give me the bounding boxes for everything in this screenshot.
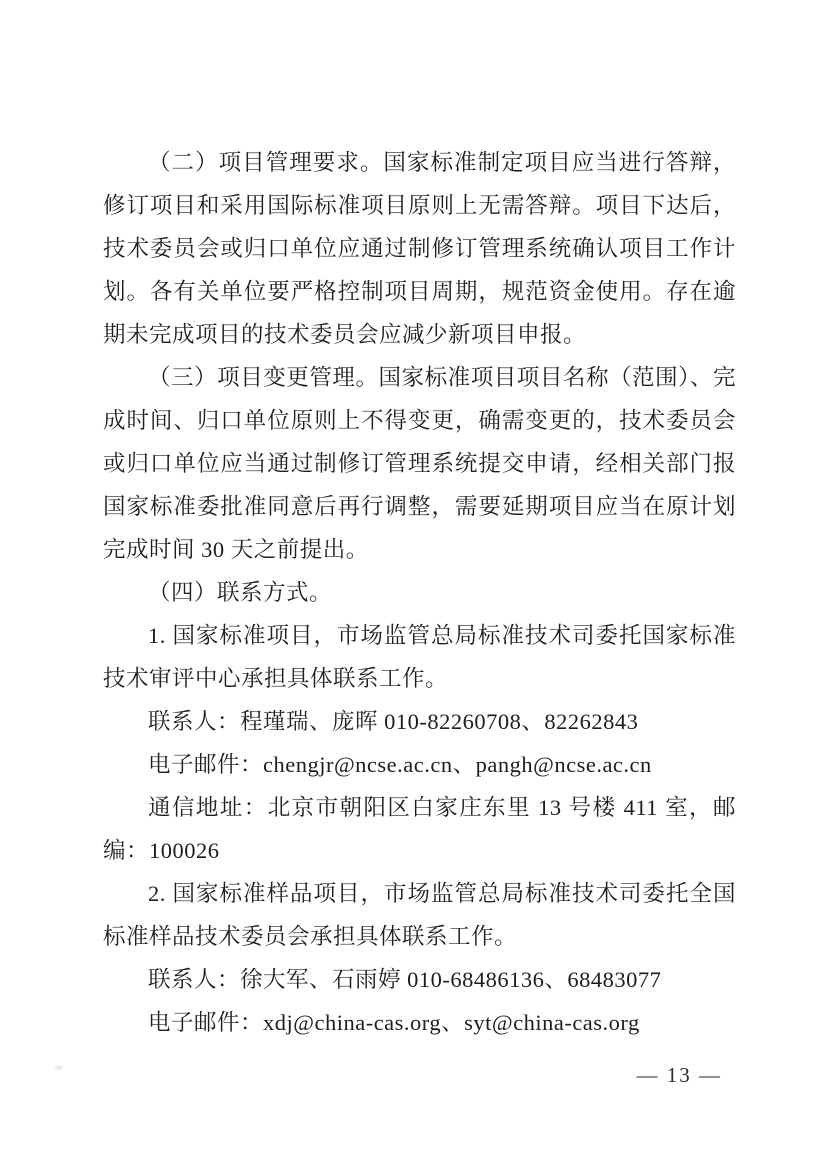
page-footer: — 13 — <box>637 1062 723 1088</box>
paragraph-national-standard-project-contact: 1. 国家标准项目，市场监管总局标准技术司委托国家标准技术审评中心承担具体联系工… <box>103 614 736 700</box>
paragraph-project-management-requirements: （二）项目管理要求。国家标准制定项目应当进行答辩，修订项目和采用国际标准项目原则… <box>103 141 736 356</box>
paragraph-contact-methods-heading: （四）联系方式。 <box>103 571 736 614</box>
paragraph-standard-sample-project-contact: 2. 国家标准样品项目，市场监管总局标准技术司委托全国标准样品技术委员会承担具体… <box>103 872 736 958</box>
line-email-standard-sample: 电子邮件：xdj@china-cas.org、syt@china-cas.org <box>103 1001 736 1044</box>
document-body: （二）项目管理要求。国家标准制定项目应当进行答辩，修订项目和采用国际标准项目原则… <box>103 141 736 1044</box>
line-contact-person-standard-sample: 联系人：徐大军、石雨婷 010-68486136、68483077 <box>103 958 736 1001</box>
scan-artifact <box>55 1066 63 1069</box>
line-email-national-standard: 电子邮件：chengjr@ncse.ac.cn、pangh@ncse.ac.cn <box>103 743 736 786</box>
paragraph-project-change-management: （三）项目变更管理。国家标准项目项目名称（范围）、完成时间、归口单位原则上不得变… <box>103 356 736 571</box>
document-page: （二）项目管理要求。国家标准制定项目应当进行答辩，修订项目和采用国际标准项目原则… <box>0 0 821 1163</box>
line-postal-address-national-standard: 通信地址：北京市朝阳区白家庄东里 13 号楼 411 室，邮编：100026 <box>103 786 736 872</box>
line-contact-person-national-standard: 联系人：程瑾瑞、庞晖 010-82260708、82262843 <box>103 700 736 743</box>
page-number: — 13 — <box>637 1063 723 1087</box>
